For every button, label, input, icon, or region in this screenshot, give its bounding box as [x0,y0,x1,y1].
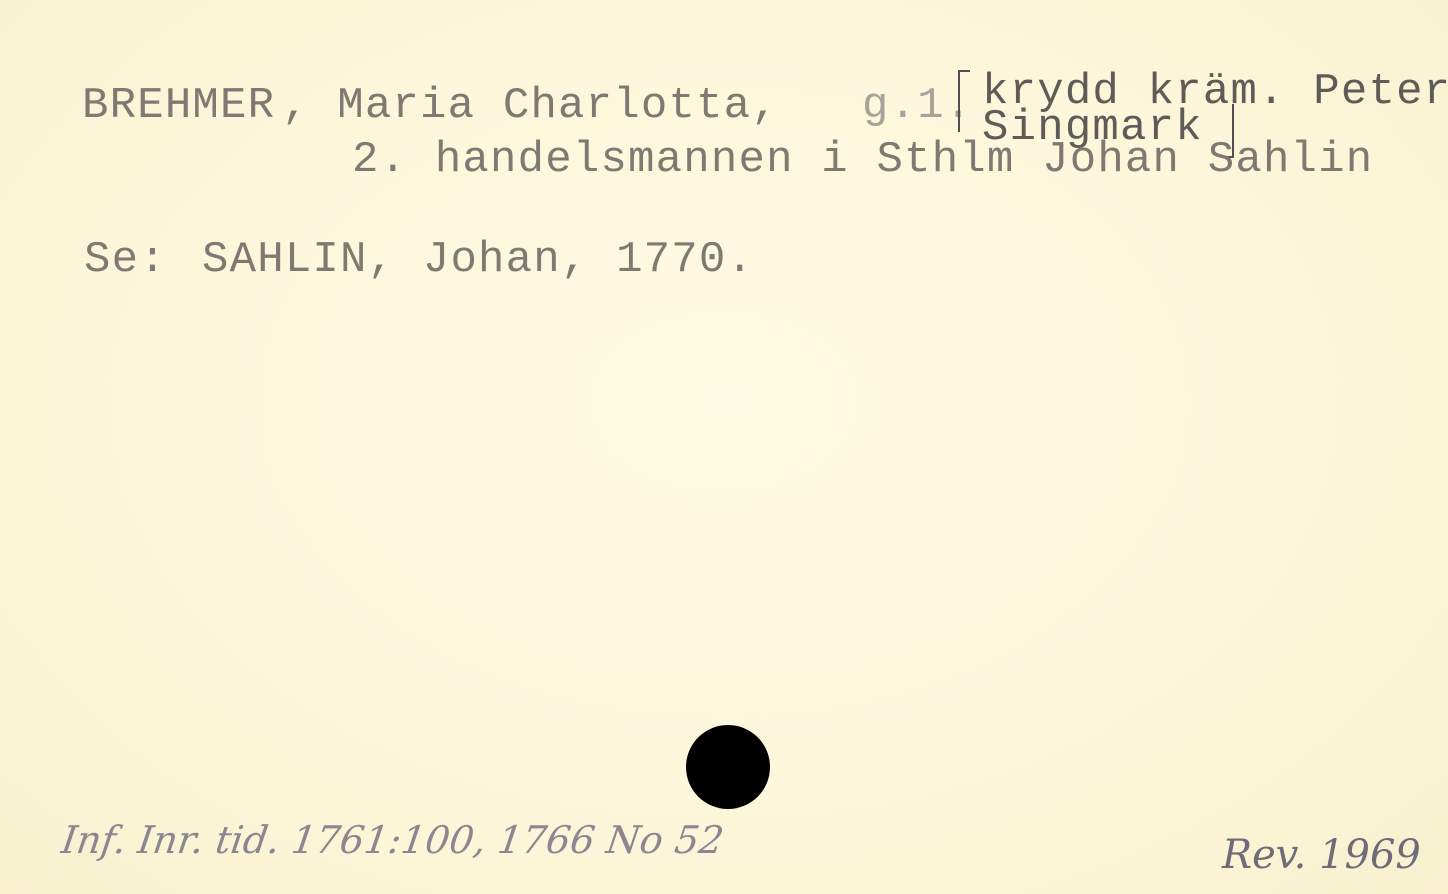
bracket-open [958,70,970,132]
marriage-prefix: g.1. [862,84,972,128]
punch-hole [686,725,770,809]
handwritten-source-note: Inf. Inr. tid. 1761:100, 1766 No 52 [59,818,727,862]
cross-reference: SAHLIN, Johan, 1770. [202,238,754,282]
surname: BREHMER [82,84,275,128]
second-marriage-line: 2. handelsmannen i Sthlm Johan Sahlin [352,138,1373,182]
given-names: , Maria Charlotta, [282,84,806,128]
see-label: Se: [84,238,167,282]
revision-note: Rev. 1969 [1222,832,1421,878]
index-card: BREHMER , Maria Charlotta, g.1. krydd kr… [0,0,1448,894]
